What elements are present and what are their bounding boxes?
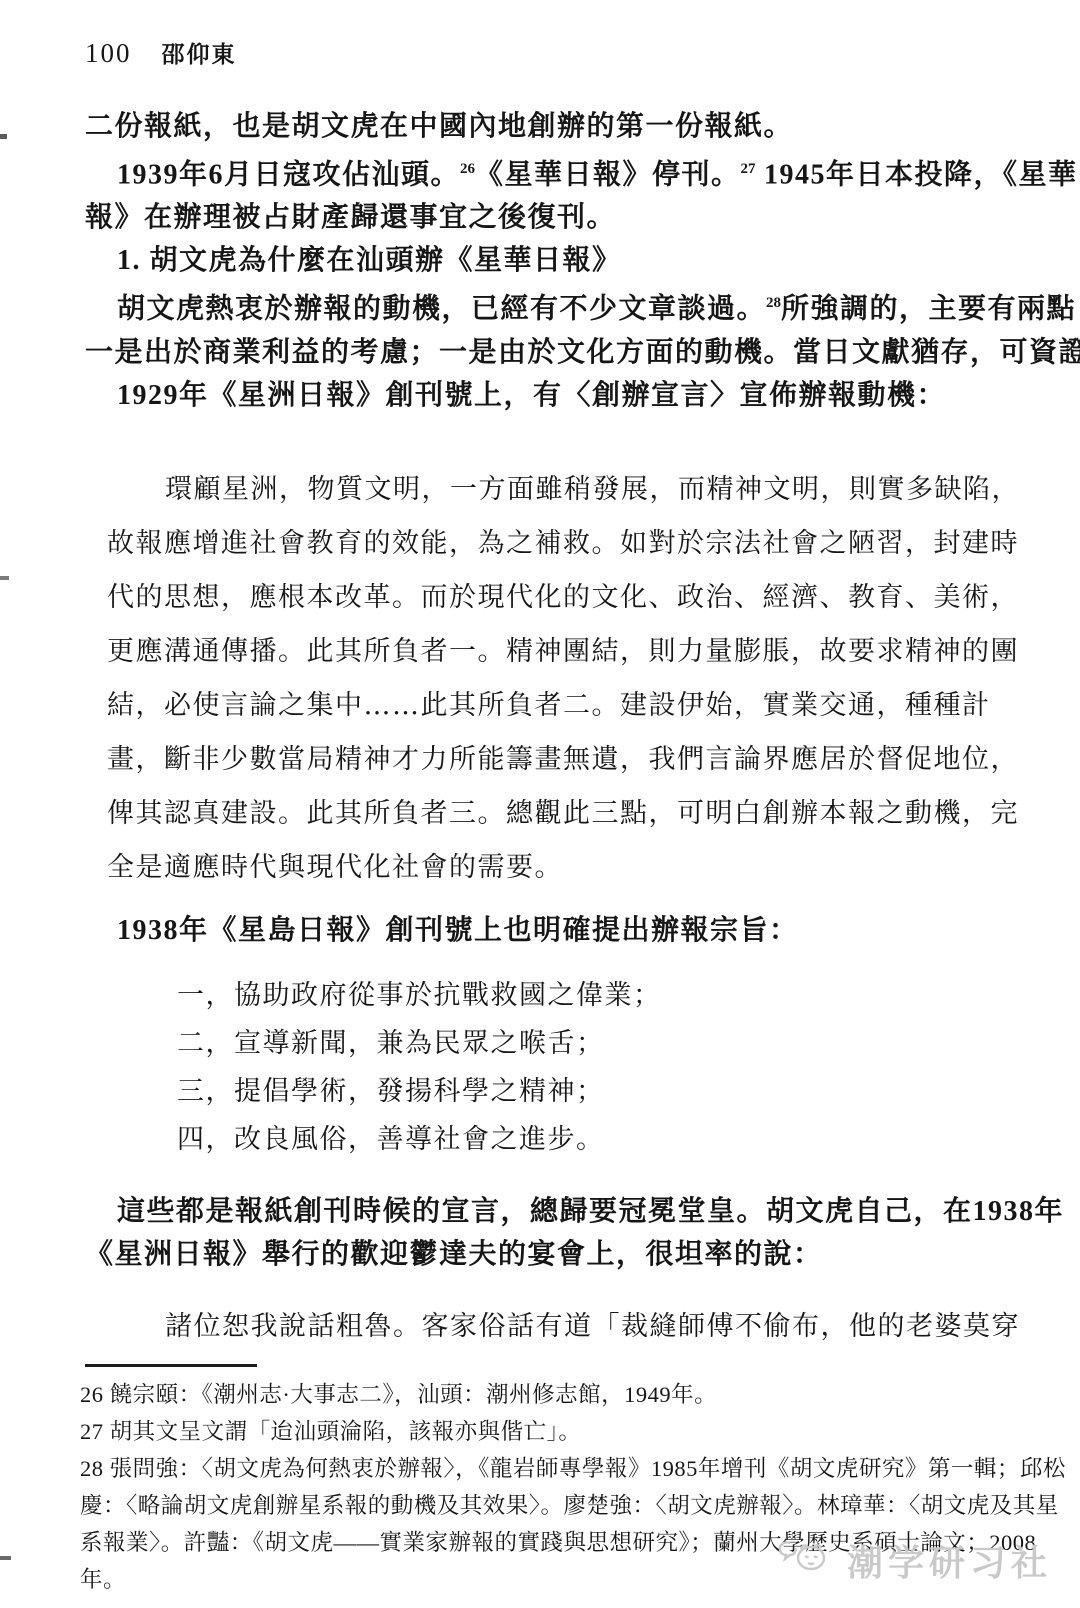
footnote-separator: [85, 1364, 257, 1367]
page-header: 100 邵仰東: [85, 36, 1010, 69]
paragraph-declarations: 這些都是報紙創刊時候的宣言，總歸要冠冕堂皇。胡文虎自己，在1938年 《星洲日報…: [85, 1190, 1010, 1276]
body-segment: 所強調的，主要有兩點：: [781, 294, 1080, 325]
quote-line: 環顧星洲，物質文明，一方面雖稍發展，而精神文明，則實多缺陷，: [107, 463, 1010, 517]
scan-artifact: [0, 1556, 11, 1560]
footnote-28: 28 張問強：〈胡文虎為何熱衷於辦報〉，《龍岩師專學報》1985年增刊《胡文虎研…: [80, 1450, 1010, 1487]
footnote-26: 26 饒宗頤：《潮州志·大事志二》，汕頭：潮州修志館，1949年。: [80, 1376, 1010, 1413]
quote-line: 諸位恕我說話粗魯。客家俗話有道「裁縫師傅不偷布，他的老婆莫穿: [107, 1300, 1010, 1354]
watermark-mascot-icon: [777, 1535, 839, 1586]
quote-line: 故報應增進社會教育的效能，為之補救。如對於宗法社會之陋習，封建時: [107, 517, 1010, 571]
scan-artifact: [0, 134, 7, 139]
footnote-ref-28: 28: [766, 295, 781, 311]
block-quote-1929-manifesto: 環顧星洲，物質文明，一方面雖稍發展，而精神文明，則實多缺陷， 故報應增進社會教育…: [107, 463, 1010, 895]
footnote-28-cont: 慶：〈略論胡文虎創辦星系報的動機及其效果〉。廖楚強：〈胡文虎辦報〉。林璋華：〈胡…: [80, 1487, 1010, 1524]
footnote-27: 27 胡其文呈文謂「迨汕頭淪陷，該報亦與偕亡」。: [80, 1413, 1010, 1450]
watermark-text: 潮学研习社: [847, 1535, 1052, 1586]
quote-line: 結，必使言論之集中……此其所負者二。建設伊始，實業交通，種種計: [107, 679, 1010, 733]
watermark: 潮学研习社: [777, 1535, 1052, 1586]
list-item: 一，協助政府從事於抗戰救國之偉業；: [177, 972, 1010, 1020]
body-line: 一是出於商業利益的考慮；一是由於文化方面的動機。當日文獻猶存，可資證明。: [85, 331, 1010, 374]
author-name: 邵仰東: [162, 36, 237, 69]
body-text: 二份報紙，也是胡文虎在中國內地創辦的第一份報紙。 1939年6月日寇攻佔汕頭。2…: [85, 105, 1010, 417]
quote-line: 全是適應時代與現代化社會的需要。: [107, 841, 1010, 895]
body-segment: 胡文虎熱衷於辦報的動機，已經有不少文章談過。: [117, 294, 766, 325]
list-item: 三，提倡學術，發揚科學之精神；: [177, 1068, 1010, 1116]
aims-list: 一，協助政府從事於抗戰救國之偉業； 二，宣導新聞，兼為民眾之喉舌； 三，提倡學術…: [177, 972, 1010, 1164]
body-line: 1938年《星島日報》創刊號上也明確提出辦報宗旨：: [85, 909, 1010, 952]
body-line: 二份報紙，也是胡文虎在中國內地創辦的第一份報紙。: [85, 105, 1010, 148]
list-item: 二，宣導新聞，兼為民眾之喉舌；: [177, 1020, 1010, 1068]
block-quote-banquet-speech: 諸位恕我說話粗魯。客家俗話有道「裁縫師傅不偷布，他的老婆莫穿: [107, 1300, 1010, 1354]
footnote-ref-27: 27: [741, 161, 756, 177]
quote-line: 俾其認真建設。此其所負者三。總觀此三點，可明白創辦本報之動機，完: [107, 787, 1010, 841]
body-segment: 1945年日本投降，《星華日: [756, 159, 1080, 190]
body-line: 《星洲日報》舉行的歡迎鬱達夫的宴會上，很坦率的說：: [85, 1233, 1010, 1276]
scan-artifact: [0, 576, 9, 580]
quote-line: 代的思想，應根本改革。而於現代化的文化、政治、經濟、教育、美術，: [107, 571, 1010, 625]
body-line: 1939年6月日寇攻佔汕頭。26《星華日報》停刊。27 1945年日本投降，《星…: [85, 148, 1010, 196]
body-line: 胡文虎熱衷於辦報的動機，已經有不少文章談過。28所強調的，主要有兩點：: [85, 282, 1010, 330]
page-number: 100: [85, 38, 132, 69]
body-line: 這些都是報紙創刊時候的宣言，總歸要冠冕堂皇。胡文虎自己，在1938年: [85, 1190, 1010, 1233]
paragraph-1938: 1938年《星島日報》創刊號上也明確提出辦報宗旨：: [85, 909, 1010, 952]
quote-line: 畫，斷非少數當局精神才力所能籌畫無遺，我們言論界應居於督促地位，: [107, 733, 1010, 787]
body-line: 1929年《星洲日報》創刊號上，有〈創辦宣言〉宣佈辦報動機：: [85, 374, 1010, 417]
document-page: 100 邵仰東 二份報紙，也是胡文虎在中國內地創辦的第一份報紙。 1939年6月…: [0, 0, 1080, 1608]
quote-line: 更應溝通傳播。此其所負者一。精神團結，則力量膨脹，故要求精神的團: [107, 625, 1010, 679]
body-line: 報》在辦理被占財產歸還事宜之後復刊。: [85, 196, 1010, 239]
footnote-ref-26: 26: [460, 161, 475, 177]
body-segment: 1939年6月日寇攻佔汕頭。: [117, 159, 460, 190]
body-segment: 《星華日報》停刊。: [475, 159, 741, 190]
list-item: 四，改良風俗，善導社會之進步。: [177, 1116, 1010, 1164]
section-heading: 1. 胡文虎為什麼在汕頭辦《星華日報》: [85, 239, 1010, 282]
